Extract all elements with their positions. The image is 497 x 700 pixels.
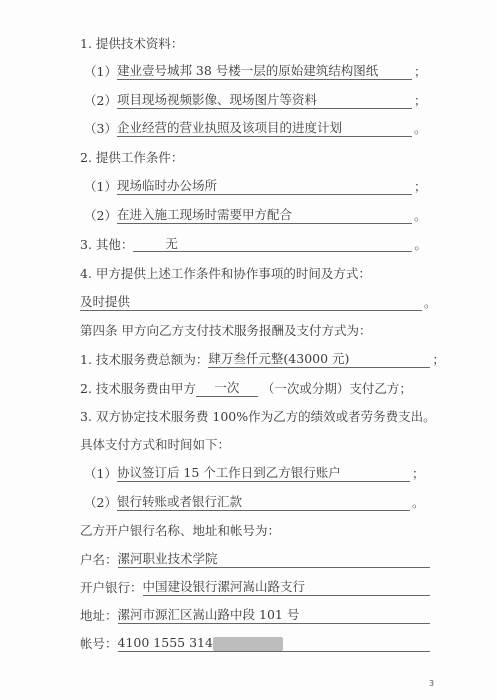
address-value: 漯河市源汇区嵩山路中段 101 号 <box>118 606 430 624</box>
fee-total-label: 1. 技术服务费总额为： <box>80 352 208 367</box>
item-end: ； <box>414 177 427 197</box>
item-value: 现场临时办公场所 <box>117 177 412 195</box>
page-number: 3 <box>429 679 434 688</box>
section3-other: 3. 其他：无。 <box>80 235 427 255</box>
item-end: ； <box>432 350 445 370</box>
bank-heading: 乙方开户银行名称、地址和帐号为： <box>80 521 280 541</box>
account-name-line: 户名：漯河职业技术学院 <box>80 550 430 570</box>
section2-item-1: （1）现场临时办公场所； <box>84 177 426 197</box>
payment-label-post: （一次或分期）支付乙方； <box>262 381 412 396</box>
item-end: ； <box>412 464 425 484</box>
section2-heading: 2. 提供工作条件： <box>80 148 183 168</box>
item-end: 。 <box>414 119 427 139</box>
item-prefix: （2） <box>84 208 117 223</box>
section4-value: 及时提供 <box>80 293 422 311</box>
address-line: 地址：漯河市源汇区嵩山路中段 101 号 <box>80 606 430 626</box>
item-end: ； <box>414 91 427 111</box>
section1-heading: 1. 提供技术资料： <box>80 34 183 54</box>
section4-heading: 4. 甲方提供上述工作条件和协作事项的时间及方式： <box>80 264 371 284</box>
clause-3: 3. 双方协定技术服务费 100%作为乙方的绩效或者劳务费支出。 <box>80 407 436 427</box>
item-prefix: （3） <box>84 121 117 136</box>
payment-method-line: 2. 技术服务费由甲方一次（一次或分期）支付乙方； <box>80 379 412 399</box>
section1-item-3: （3）企业经营的营业执照及该项目的进度计划。 <box>84 119 426 139</box>
item-value: 建业壹号城邦 38 号楼一层的原始建筑结构图纸 <box>117 62 412 80</box>
account-name-value: 漯河职业技术学院 <box>118 550 430 568</box>
section4-value-line: 及时提供。 <box>80 293 437 313</box>
address-label: 地址： <box>80 608 118 623</box>
item-value: 协议签订后 15 个工作日到乙方银行账户 <box>117 464 410 482</box>
item-end: ； <box>414 62 427 82</box>
other-value: 无 <box>133 235 412 252</box>
bank-name-line: 开户银行：中国建设银行漯河嵩山路支行 <box>80 578 430 598</box>
redaction-box <box>213 637 283 651</box>
section1-item-2: （2）项目现场视频影像、现场图片等资料； <box>84 91 426 111</box>
payment-value: 一次 <box>196 379 258 397</box>
fee-total-line: 1. 技术服务费总额为：肆万叁仟元整(43000 元)； <box>80 350 445 370</box>
account-number-label: 帐号： <box>80 636 118 651</box>
payment-label-pre: 2. 技术服务费由甲方 <box>80 381 196 396</box>
bank-name-value: 中国建设银行漯河嵩山路支行 <box>143 578 430 596</box>
item-value: 企业经营的营业执照及该项目的进度计划 <box>117 119 412 137</box>
item-end: 。 <box>412 493 425 513</box>
item-end: 。 <box>424 293 437 313</box>
section2-item-2: （2）在进入施工现场时需要甲方配合。 <box>84 206 426 226</box>
item-value: 银行转账或者银行汇款 <box>117 493 410 511</box>
item-prefix: （1） <box>84 179 117 194</box>
item-prefix: （1） <box>84 466 117 481</box>
schedule-item-1: （1）协议签订后 15 个工作日到乙方银行账户； <box>84 464 424 484</box>
schedule-heading: 具体支付方式和时间如下： <box>80 435 230 455</box>
item-prefix: （2） <box>84 93 117 108</box>
other-label: 3. 其他： <box>80 237 133 252</box>
fee-total-value: 肆万叁仟元整(43000 元) <box>208 350 430 368</box>
bank-label: 开户银行： <box>80 580 143 595</box>
item-value: 在进入施工现场时需要甲方配合 <box>117 206 412 224</box>
article4-heading: 第四条 甲方向乙方支付技术服务报酬及支付方式为： <box>80 321 371 341</box>
item-prefix: （1） <box>84 64 117 79</box>
item-prefix: （2） <box>84 495 117 510</box>
item-value: 项目现场视频影像、现场图片等资料 <box>117 91 412 109</box>
account-name-label: 户名： <box>80 552 118 567</box>
section1-item-1: （1）建业壹号城邦 38 号楼一层的原始建筑结构图纸； <box>84 62 426 82</box>
schedule-item-2: （2）银行转账或者银行汇款。 <box>84 493 424 513</box>
item-end: 。 <box>414 235 427 255</box>
item-end: 。 <box>414 206 427 226</box>
